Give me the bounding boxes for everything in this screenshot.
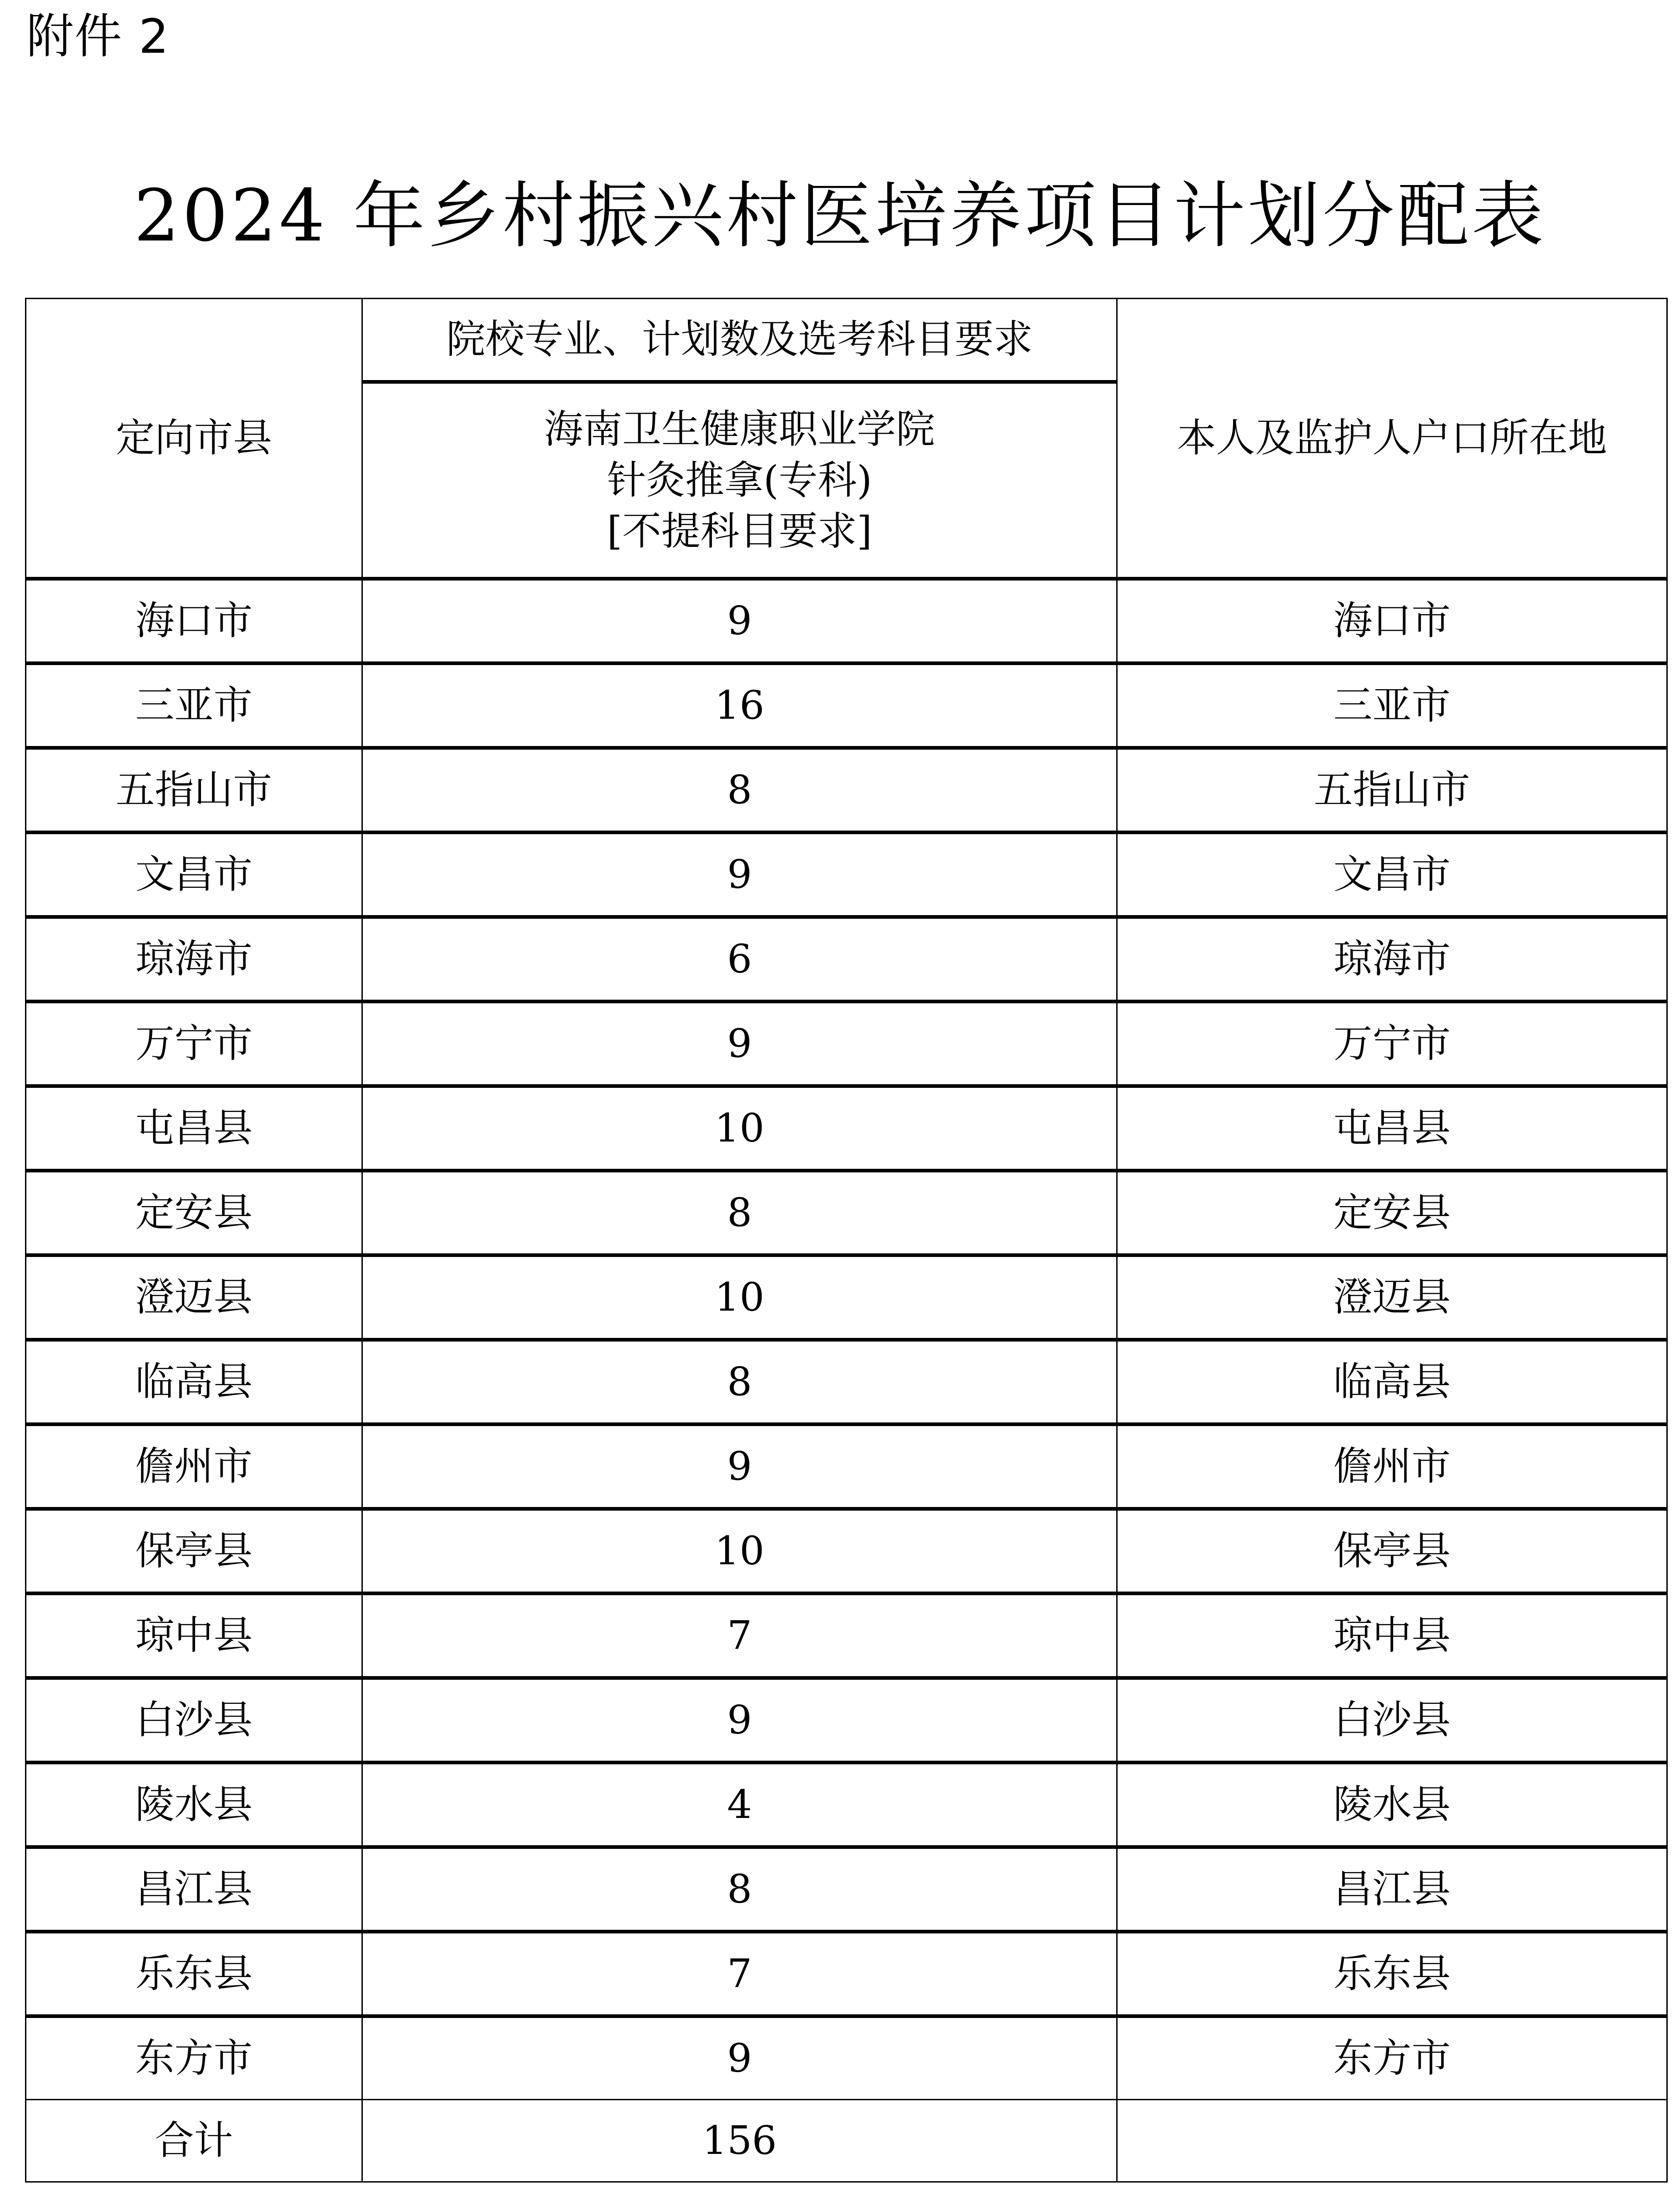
district-cell: 昌江县 [26,1847,362,1932]
count-cell: 9 [362,579,1117,663]
district-cell: 琼中县 [26,1593,362,1678]
count-cell: 16 [362,663,1117,748]
count-cell: 8 [362,1171,1117,1255]
district-cell: 文昌市 [26,832,362,917]
header-residence: 本人及监护人户口所在地 [1117,299,1667,579]
table-row: 昌江县 8 昌江县 [26,1847,1667,1932]
district-cell: 白沙县 [26,1678,362,1762]
count-cell: 9 [362,1424,1117,1509]
table-row: 万宁市 9 万宁市 [26,1001,1667,1086]
district-cell: 陵水县 [26,1762,362,1847]
count-cell: 9 [362,1001,1117,1086]
residence-cell: 乐东县 [1117,1932,1667,2016]
district-cell: 乐东县 [26,1932,362,2016]
residence-cell: 定安县 [1117,1171,1667,1255]
district-cell: 琼海市 [26,917,362,1001]
residence-cell: 三亚市 [1117,663,1667,748]
count-cell: 10 [362,1086,1117,1171]
header-district: 定向市县 [26,299,362,579]
count-cell: 8 [362,1340,1117,1424]
residence-cell: 屯昌县 [1117,1086,1667,1171]
table-row: 琼海市 6 琼海市 [26,917,1667,1001]
residence-cell: 琼中县 [1117,1593,1667,1678]
count-cell: 9 [362,1678,1117,1762]
table-row: 屯昌县 10 屯昌县 [26,1086,1667,1171]
count-cell: 8 [362,748,1117,832]
table-row: 海口市 9 海口市 [26,579,1667,663]
residence-cell: 澄迈县 [1117,1255,1667,1340]
residence-cell: 琼海市 [1117,917,1667,1001]
header-subject-requirement: [不提科目要求] [363,506,1116,557]
residence-cell: 临高县 [1117,1340,1667,1424]
residence-cell: 白沙县 [1117,1678,1667,1762]
count-cell: 8 [362,1847,1117,1932]
district-cell: 五指山市 [26,748,362,832]
count-cell: 7 [362,1932,1117,2016]
district-cell: 三亚市 [26,663,362,748]
total-row: 合计 156 [26,2100,1667,2182]
total-residence-empty [1117,2100,1667,2182]
header-major: 针灸推拿(专科) [363,455,1116,506]
table-row: 琼中县 7 琼中县 [26,1593,1667,1678]
total-count: 156 [362,2100,1117,2182]
residence-cell: 保亭县 [1117,1509,1667,1593]
residence-cell: 昌江县 [1117,1847,1667,1932]
count-cell: 6 [362,917,1117,1001]
table-row: 定安县 8 定安县 [26,1171,1667,1255]
count-cell: 9 [362,832,1117,917]
header-program-group: 院校专业、计划数及选考科目要求 [362,299,1117,382]
district-cell: 海口市 [26,579,362,663]
header-college: 海南卫生健康职业学院 [363,404,1116,455]
table-row: 陵水县 4 陵水县 [26,1762,1667,1847]
table-row: 三亚市 16 三亚市 [26,663,1667,748]
attachment-label: 附件 2 [26,5,170,68]
table-row: 临高县 8 临高县 [26,1340,1667,1424]
table-row: 澄迈县 10 澄迈县 [26,1255,1667,1340]
district-cell: 儋州市 [26,1424,362,1509]
residence-cell: 陵水县 [1117,1762,1667,1847]
table-row: 白沙县 9 白沙县 [26,1678,1667,1762]
residence-cell: 五指山市 [1117,748,1667,832]
district-cell: 万宁市 [26,1001,362,1086]
table-row: 东方市 9 东方市 [26,2016,1667,2100]
count-cell: 10 [362,1255,1117,1340]
total-label: 合计 [26,2100,362,2182]
header-program-detail: 海南卫生健康职业学院 针灸推拿(专科) [不提科目要求] [362,382,1117,579]
residence-cell: 文昌市 [1117,832,1667,917]
district-cell: 澄迈县 [26,1255,362,1340]
allocation-table: 定向市县 院校专业、计划数及选考科目要求 本人及监护人户口所在地 海南卫生健康职… [25,298,1668,2183]
document-title: 2024 年乡村振兴村医培养项目计划分配表 [0,166,1680,266]
residence-cell: 东方市 [1117,2016,1667,2100]
table-row: 文昌市 9 文昌市 [26,832,1667,917]
table-row: 儋州市 9 儋州市 [26,1424,1667,1509]
count-cell: 10 [362,1509,1117,1593]
district-cell: 屯昌县 [26,1086,362,1171]
table-row: 五指山市 8 五指山市 [26,748,1667,832]
district-cell: 定安县 [26,1171,362,1255]
count-cell: 4 [362,1762,1117,1847]
district-cell: 临高县 [26,1340,362,1424]
count-cell: 9 [362,2016,1117,2100]
residence-cell: 海口市 [1117,579,1667,663]
table-row: 保亭县 10 保亭县 [26,1509,1667,1593]
count-cell: 7 [362,1593,1117,1678]
residence-cell: 儋州市 [1117,1424,1667,1509]
district-cell: 东方市 [26,2016,362,2100]
table-row: 乐东县 7 乐东县 [26,1932,1667,2016]
header-row-top: 定向市县 院校专业、计划数及选考科目要求 本人及监护人户口所在地 [26,299,1667,382]
district-cell: 保亭县 [26,1509,362,1593]
residence-cell: 万宁市 [1117,1001,1667,1086]
